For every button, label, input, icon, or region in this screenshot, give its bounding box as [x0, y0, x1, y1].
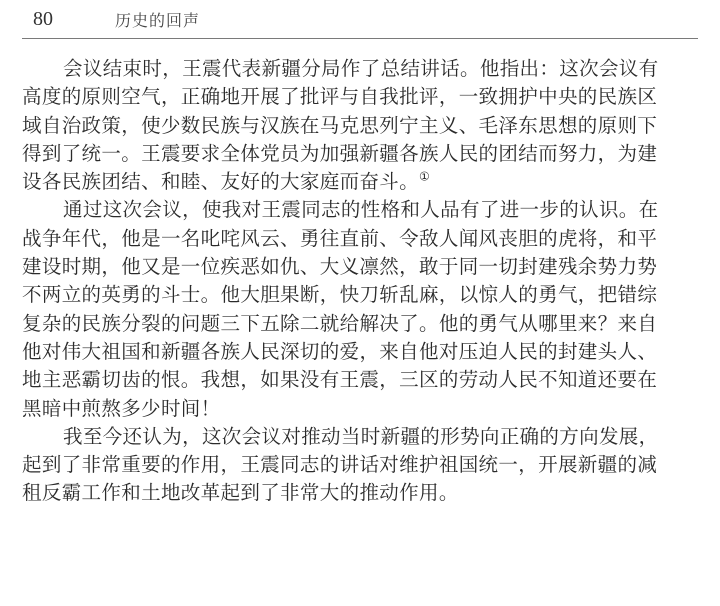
text-line: 战争年代，他是一名叱咤风云、勇往直前、令敌人闻风丧胆的虎将，和平	[22, 225, 698, 253]
running-title: 历史的回声	[115, 8, 200, 31]
page-number: 80	[33, 8, 81, 31]
text-line: 建设时期，他又是一位疾恶如仇、大义凛然，敢于同一切封建残余势力势	[22, 253, 698, 281]
text-line: 起到了非常重要的作用，王震同志的讲话对维护祖国统一，开展新疆的减	[22, 451, 698, 479]
text-line: 域自治政策，使少数民族与汉族在马克思列宁主义、毛泽东思想的原则下	[22, 112, 698, 140]
paragraph-2: 通过这次会议，使我对王震同志的性格和人品有了进一步的认识。在 战争年代，他是一名…	[22, 196, 698, 422]
header-divider	[22, 38, 698, 39]
body-text: 会议结束时，王震代表新疆分局作了总结讲话。他指出：这次会议有 高度的原则空气，正…	[22, 55, 698, 508]
text-line: 黑暗中煎熬多少时间！	[22, 395, 698, 423]
text-line: 我至今还认为，这次会议对推动当时新疆的形势向正确的方向发展，	[22, 423, 698, 451]
text-line: 他对伟大祖国和新疆各族人民深切的爱，来自他对压迫人民的封建头人、	[22, 338, 698, 366]
paragraph-3: 我至今还认为，这次会议对推动当时新疆的形势向正确的方向发展， 起到了非常重要的作…	[22, 423, 698, 508]
text-line-with-footnote: 设各民族团结、和睦、友好的大家庭而奋斗。①	[22, 168, 698, 196]
footnote-marker[interactable]: ①	[419, 170, 430, 184]
text-line: 得到了统一。王震要求全体党员为加强新疆各族人民的团结而努力，为建	[22, 140, 698, 168]
text-line: 设各民族团结、和睦、友好的大家庭而奋斗。	[22, 170, 419, 193]
text-line: 复杂的民族分裂的问题三下五除二就给解决了。他的勇气从哪里来？来自	[22, 310, 698, 338]
page-header: 80 历史的回声	[33, 4, 200, 34]
text-line: 高度的原则空气，正确地开展了批评与自我批评，一致拥护中央的民族区	[22, 83, 698, 111]
text-line: 租反霸工作和土地改革起到了非常大的推动作用。	[22, 479, 698, 507]
text-line: 会议结束时，王震代表新疆分局作了总结讲话。他指出：这次会议有	[22, 55, 698, 83]
text-line: 通过这次会议，使我对王震同志的性格和人品有了进一步的认识。在	[22, 196, 698, 224]
text-line: 地主恶霸切齿的恨。我想，如果没有王震，三区的劳动人民不知道还要在	[22, 366, 698, 394]
paragraph-1: 会议结束时，王震代表新疆分局作了总结讲话。他指出：这次会议有 高度的原则空气，正…	[22, 55, 698, 196]
text-line: 不两立的英勇的斗士。他大胆果断，快刀斩乱麻，以惊人的勇气，把错综	[22, 281, 698, 309]
